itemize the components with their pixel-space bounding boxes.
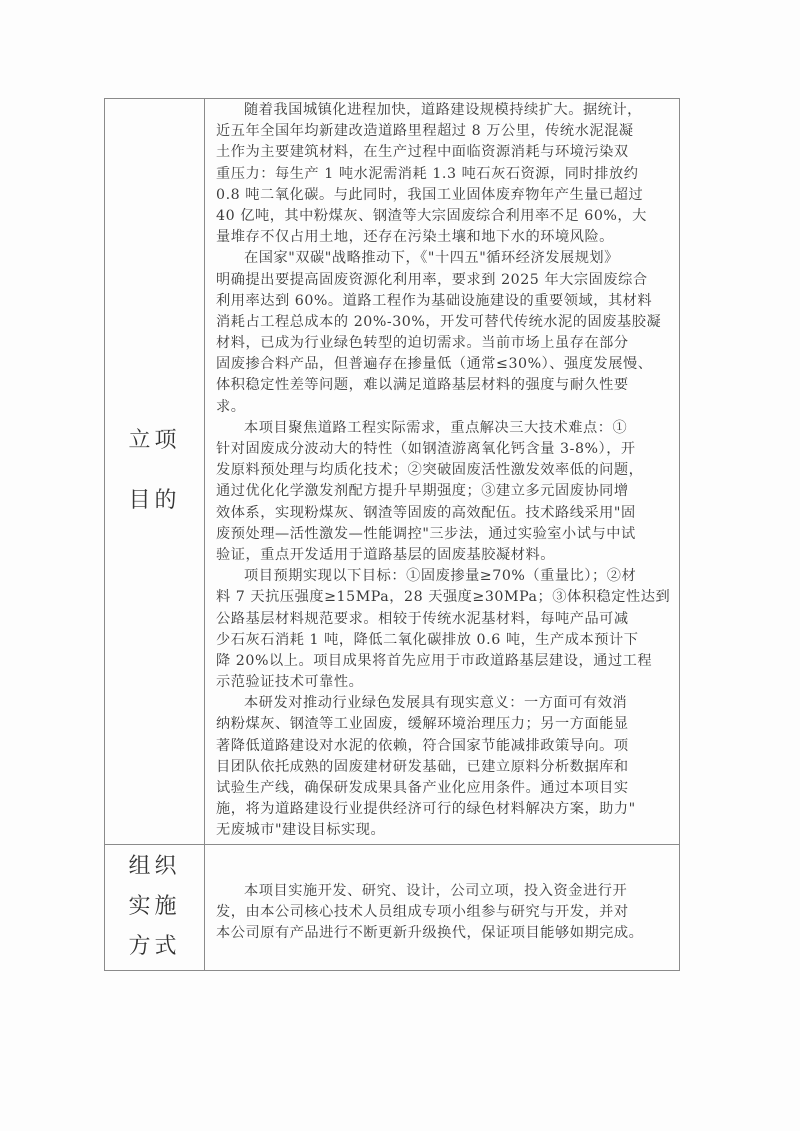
- project-purpose-text: 随着我国城镇化进程加快，道路建设规模持续扩大。据统计， 近五年全国年均新建改造道…: [205, 99, 679, 844]
- text-line: 固废掺合料产品，但普遍存在掺量低（通常≤30%）、强度发展慢、: [216, 354, 673, 375]
- text-line: 验证，重点开发适用于道路基层的固废基胶凝材料。: [216, 545, 673, 566]
- text-line: 目团队依托成熟的固废建材研发基础，已建立原料分析数据库和: [216, 757, 673, 778]
- text-line: 体积稳定性差等问题，难以满足道路基层材料的强度与耐久性要: [216, 375, 673, 396]
- implementation-method-text: 本项目实施开发、研究、设计，公司立项，投入资金进行开 发，由本公司核心技术人员组…: [205, 845, 679, 947]
- text-line: 试验生产线，确保研发成果具备产业化应用条件。通过本项目实: [216, 778, 673, 799]
- text-line: 降 20%以上。项目成果将首先应用于市政道路基层建设，通过工程: [216, 651, 673, 672]
- row-content-cell: 随着我国城镇化进程加快，道路建设规模持续扩大。据统计， 近五年全国年均新建改造道…: [205, 99, 680, 845]
- text-line: 通过优化化学激发剂配方提升早期强度；③建立多元固废协同增: [216, 481, 673, 502]
- text-line: 明确提出要提高固废资源化利用率，要求到 2025 年大宗固废综合: [216, 270, 673, 291]
- label-line: 方式: [105, 927, 204, 967]
- label-line: 组织: [105, 847, 204, 887]
- text-line: 发原料预处理与均质化技术；②突破固废活性激发效率低的问题，: [216, 460, 673, 481]
- row-label-implementation-method: 组织 实施 方式: [105, 847, 204, 967]
- table-row-project-purpose: 立项 目的 随着我国城镇化进程加快，道路建设规模持续扩大。据统计， 近五年全国年…: [105, 99, 680, 845]
- row-label-cell: 组织 实施 方式: [105, 844, 205, 970]
- text-line: 纳粉煤灰、钢渣等工业固废，缓解环境治理压力；另一方面能显: [216, 714, 673, 735]
- document-page: 立项 目的 随着我国城镇化进程加快，道路建设规模持续扩大。据统计， 近五年全国年…: [0, 0, 800, 1131]
- text-line: 料 7 天抗压强度≥15MPa，28 天强度≥30MPa；③体积稳定性达到: [216, 587, 673, 608]
- text-line: 利用率达到 60%。道路工程作为基础设施建设的重要领域，其材料: [216, 291, 673, 312]
- paragraph-technical-challenges: 本项目聚焦道路工程实际需求，重点解决三大技术难点：① 针对固废成分波动大的特性（…: [216, 418, 673, 566]
- label-line: 实施: [105, 887, 204, 927]
- label-line: 立项: [105, 411, 204, 471]
- label-line: 目的: [105, 471, 204, 531]
- project-info-table: 立项 目的 随着我国城镇化进程加快，道路建设规模持续扩大。据统计， 近五年全国年…: [104, 98, 680, 971]
- text-line: 消耗占工程总成本的 20%-30%，开发可替代传统水泥的固废基胶凝: [216, 312, 673, 333]
- text-line: 随着我国城镇化进程加快，道路建设规模持续扩大。据统计，: [216, 100, 673, 121]
- row-label-project-purpose: 立项 目的: [105, 411, 204, 531]
- text-line: 材料，已成为行业绿色转型的迫切需求。当前市场上虽存在部分: [216, 333, 673, 354]
- text-line: 废预处理—活性激发—性能调控"三步法，通过实验室小试与中试: [216, 524, 673, 545]
- text-line: 发，由本公司核心技术人员组成专项小组参与研究与开发，并对: [216, 902, 673, 923]
- text-line: 求。: [216, 397, 673, 418]
- text-line: 在国家"双碳"战略推动下，《"十四五"循环经济发展规划》: [216, 248, 673, 269]
- text-line: 效体系，实现粉煤灰、钢渣等固废的高效配伍。技术路线采用"固: [216, 503, 673, 524]
- text-line: 示范验证技术可靠性。: [216, 672, 673, 693]
- text-line: 针对固废成分波动大的特性（如钢渣游离氧化钙含量 3-8%），开: [216, 439, 673, 460]
- row-content-cell: 本项目实施开发、研究、设计，公司立项，投入资金进行开 发，由本公司核心技术人员组…: [205, 844, 680, 970]
- text-line: 施，将为道路建设行业提供经济可行的绿色材料解决方案，助力": [216, 799, 673, 820]
- text-line: 项目预期实现以下目标：①固废掺量≥70%（重量比）；②材: [216, 566, 673, 587]
- text-line: 土作为主要建筑材料，在生产过程中面临资源消耗与环境污染双: [216, 142, 673, 163]
- text-line: 40 亿吨，其中粉煤灰、钢渣等大宗固废综合利用率不足 60%，大: [216, 206, 673, 227]
- paragraph-objectives: 项目预期实现以下目标：①固废掺量≥70%（重量比）；②材 料 7 天抗压强度≥1…: [216, 566, 673, 693]
- text-line: 本项目实施开发、研究、设计，公司立项，投入资金进行开: [216, 881, 673, 902]
- text-line: 重压力：每生产 1 吨水泥需消耗 1.3 吨石灰石资源，同时排放约: [216, 164, 673, 185]
- text-line: 量堆存不仅占用土地，还存在污染土壤和地下水的环境风险。: [216, 227, 673, 248]
- text-line: 近五年全国年均新建改造道路里程超过 8 万公里，传统水泥混凝: [216, 121, 673, 142]
- text-line: 公路基层材料规范要求。相较于传统水泥基材料，每吨产品可减: [216, 609, 673, 630]
- paragraph-background: 随着我国城镇化进程加快，道路建设规模持续扩大。据统计， 近五年全国年均新建改造道…: [216, 100, 673, 248]
- text-line: 著降低道路建设对水泥的依赖，符合国家节能减排政策导向。项: [216, 736, 673, 757]
- text-line: 本公司原有产品进行不断更新升级换代，保证项目能够如期完成。: [216, 923, 673, 944]
- paragraph-significance: 本研发对推动行业绿色发展具有现实意义：一方面可有效消 纳粉煤灰、钢渣等工业固废，…: [216, 693, 673, 841]
- text-line: 本项目聚焦道路工程实际需求，重点解决三大技术难点：①: [216, 418, 673, 439]
- paragraph-policy: 在国家"双碳"战略推动下，《"十四五"循环经济发展规划》 明确提出要提高固废资源…: [216, 248, 673, 418]
- text-line: 无废城市"建设目标实现。: [216, 820, 673, 841]
- table-row-implementation-method: 组织 实施 方式 本项目实施开发、研究、设计，公司立项，投入资金进行开 发，由本…: [105, 844, 680, 970]
- text-line: 少石灰石消耗 1 吨，降低二氧化碳排放 0.6 吨，生产成本预计下: [216, 630, 673, 651]
- text-line: 本研发对推动行业绿色发展具有现实意义：一方面可有效消: [216, 693, 673, 714]
- row-label-cell: 立项 目的: [105, 99, 205, 845]
- text-line: 0.8 吨二氧化碳。与此同时，我国工业固体废弃物年产生量已超过: [216, 185, 673, 206]
